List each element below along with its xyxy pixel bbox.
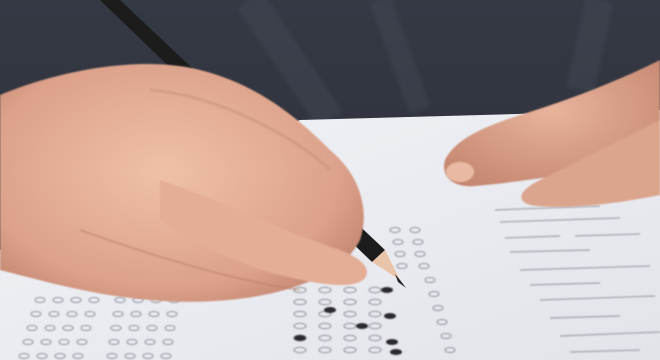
photo	[0, 0, 660, 360]
photo-scene	[0, 0, 660, 360]
